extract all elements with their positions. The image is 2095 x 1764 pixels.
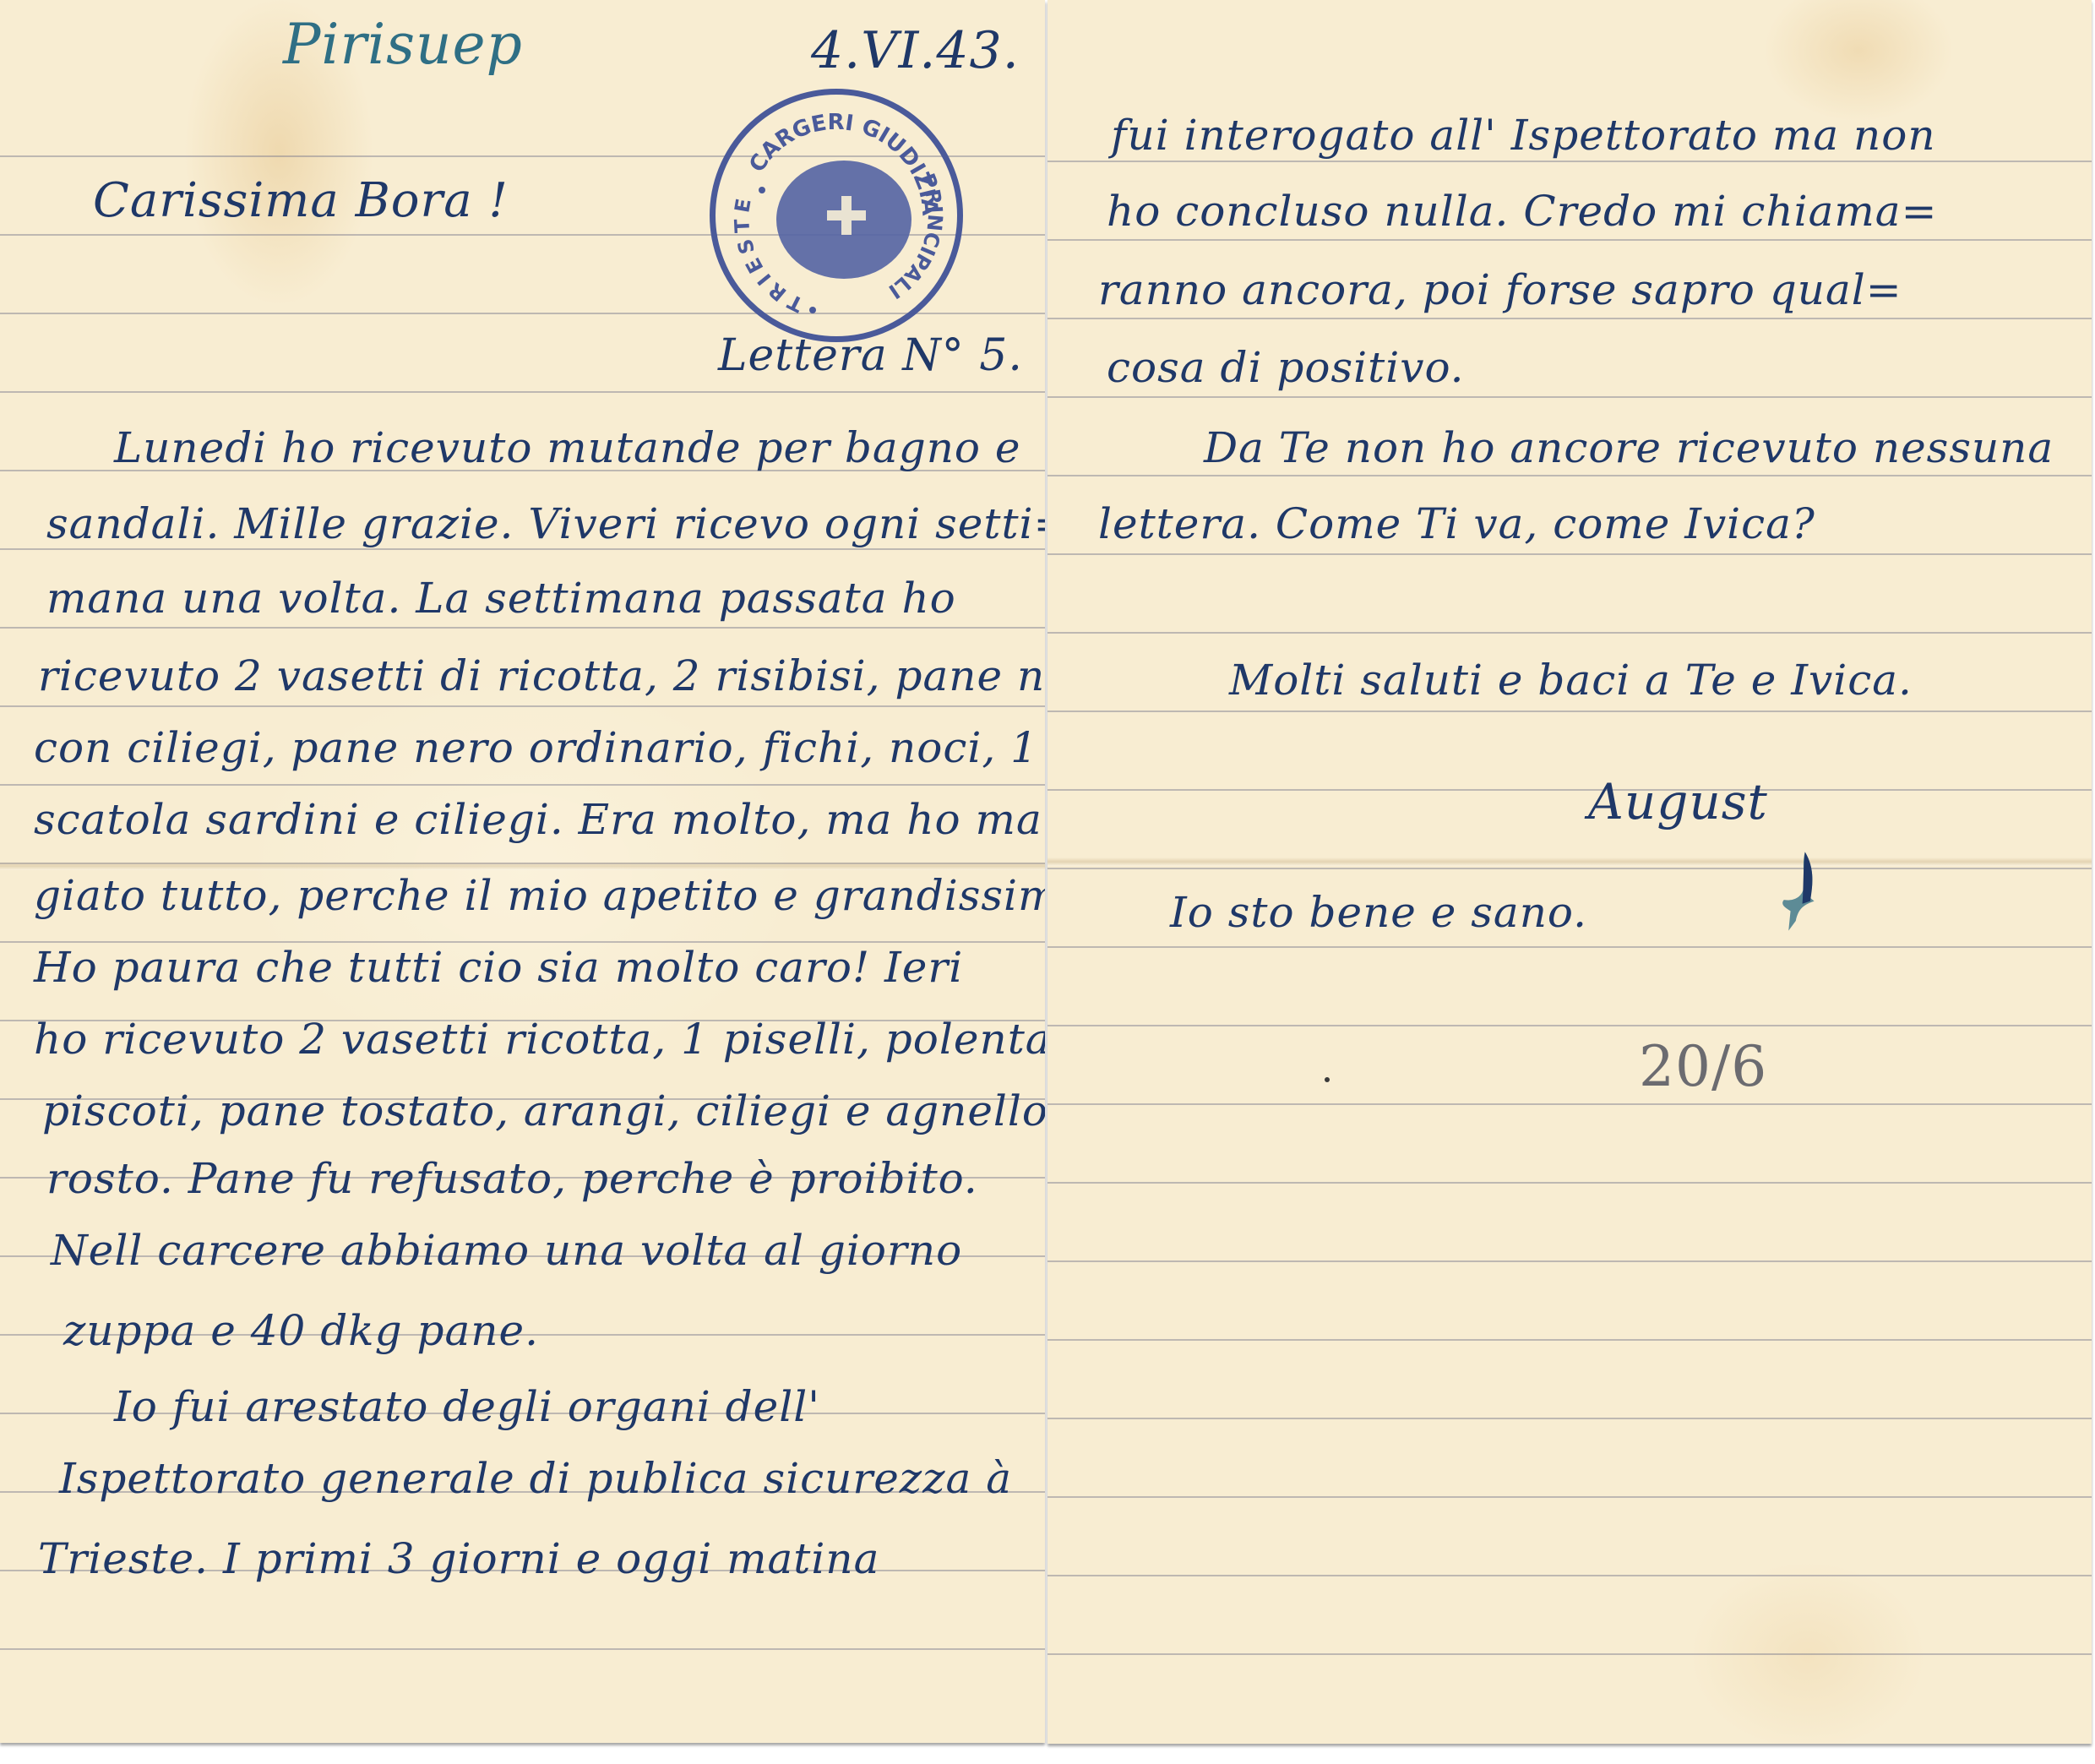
ruled-line [1047, 632, 2092, 634]
body-line: Ho paura che tutti cio sia molto caro! I… [34, 946, 963, 988]
ruled-line [1047, 868, 2092, 869]
ruled-line [1047, 161, 2092, 162]
pencil-note: 20/6 [1639, 1039, 1767, 1095]
ruled-line [1047, 1575, 2092, 1576]
body-line: sandali. Mille grazie. Viveri ricevo ogn… [46, 503, 1045, 545]
cross-icon [827, 196, 866, 235]
letter-number: Lettera N° 5. [718, 334, 1023, 378]
body-line: ricevuto 2 vasetti di ricotta, 2 risibis… [38, 655, 1045, 697]
header-place: Pirisuep [283, 17, 523, 73]
body-line: fui interogato all' Ispettorato ma non [1111, 114, 1936, 156]
body-line: con ciliegi, pane nero ordinario, fichi,… [34, 727, 1038, 769]
ruled-line [1047, 1260, 2092, 1262]
body-line: cosa di positivo. [1107, 346, 1465, 389]
header-date: 4.VI.43. [811, 25, 1020, 76]
body-line: Io fui arestato degli organi dell' [114, 1386, 820, 1428]
body-line: ranno ancora, poi forse sapro qual= [1098, 269, 1902, 311]
paper-fold [0, 862, 1045, 870]
paper-fold [1047, 857, 2092, 866]
ink-blot-icon [1766, 845, 1825, 938]
ruled-line [1047, 318, 2092, 319]
postscript: Io sto bene e sano. [1170, 891, 1587, 934]
body-line: mana una volta. La settimana passata ho [46, 577, 956, 619]
ruled-line [1047, 1025, 2092, 1026]
ruled-line [1047, 1103, 2092, 1105]
body-line: Da Te non ho ancore ricevuto nessuna [1204, 427, 2054, 469]
ruled-line [0, 705, 1045, 707]
letter-page-right: fui interogato all' Ispettorato ma non h… [1047, 0, 2092, 1744]
letter-page-left: Pirisuep 4.VI.43. CARGERI GIUDIZIARIE PR… [0, 0, 1045, 1743]
body-line: Nell carcere abbiamo una volta al giorno [51, 1229, 962, 1271]
ruled-line [1047, 1418, 2092, 1419]
salutation: Carissima Bora ! [93, 177, 509, 225]
ruled-line [1047, 553, 2092, 555]
ruled-line [0, 784, 1045, 786]
prison-stamp: CARGERI GIUDIZIARIE PRINCIPALI TRIESTE [710, 89, 963, 342]
ruled-line [1047, 789, 2092, 791]
ruled-line [0, 391, 1045, 393]
closing-line: Molti saluti e baci a Te e Ivica. [1229, 659, 1913, 701]
ruled-line [0, 1648, 1045, 1650]
body-line: ho ricevuto 2 vasetti ricotta, 1 piselli… [34, 1018, 1045, 1060]
ruled-line [1047, 239, 2092, 241]
body-line: Trieste. I primi 3 giorni e oggi matina [38, 1538, 879, 1580]
coat-of-arms-icon [776, 161, 911, 279]
signature: August [1588, 777, 1768, 826]
ruled-line [1047, 710, 2092, 712]
body-line: zuppa e 40 dkg pane. [63, 1309, 539, 1352]
body-line: scatola sardini e ciliegi. Era molto, ma… [34, 798, 1045, 841]
ruled-line [1047, 1339, 2092, 1341]
ruled-line [1047, 1653, 2092, 1655]
ink-dot [1325, 1077, 1330, 1082]
body-line: ho concluso nulla. Credo mi chiama= [1107, 190, 1938, 232]
body-line: piscoti, pane tostato, arangi, ciliegi e… [42, 1090, 1045, 1132]
ruled-line [0, 627, 1045, 629]
body-line: rosto. Pane fu refusato, perche è proibi… [46, 1157, 978, 1200]
body-line: Lunedi ho ricevuto mutande per bagno e [114, 427, 1021, 469]
ruled-line [1047, 475, 2092, 476]
body-line: lettera. Come Ti va, come Ivica? [1098, 503, 1815, 545]
body-line: Ispettorato generale di publica sicurezz… [59, 1457, 1012, 1500]
ruled-line [1047, 946, 2092, 948]
ruled-line [1047, 1496, 2092, 1498]
ruled-line [0, 548, 1045, 550]
ruled-line [1047, 396, 2092, 398]
ruled-line [1047, 1182, 2092, 1184]
body-line: giato tutto, perche il mio apetito e gra… [34, 874, 1045, 917]
